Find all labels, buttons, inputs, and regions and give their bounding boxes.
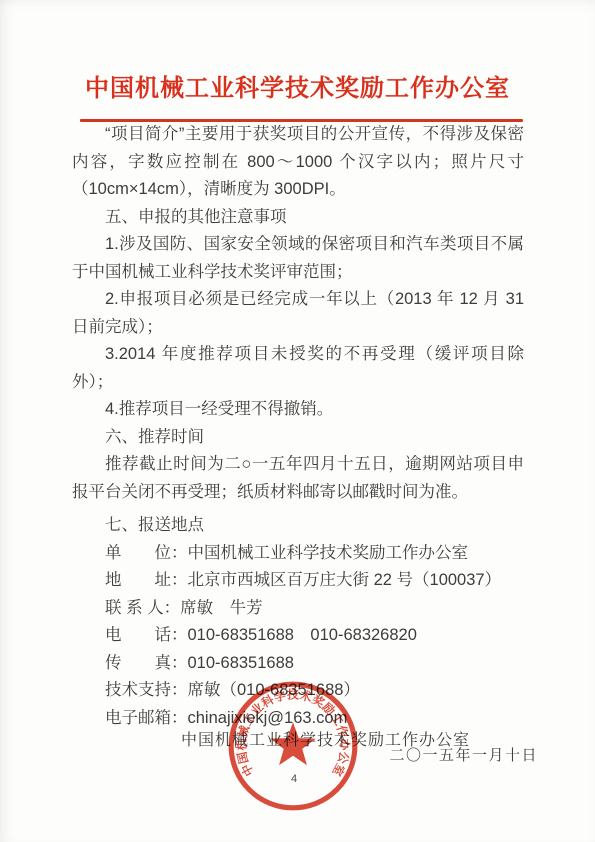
section-5-item-1: 1.涉及国防、国家安全领域的保密项目和汽车类项目不属于中国机械工业科学技术奖评审…	[72, 231, 524, 286]
contact-value: 010-68351688 010-68326820	[188, 626, 417, 644]
document-page: 中国机械工业科学技术奖励工作办公室 “项目简介”主要用于获奖项目的公开宣传，不得…	[0, 0, 595, 842]
section-6-heading: 六、推荐时间	[72, 424, 524, 452]
section-6-text: 推荐截止时间为二○一五年四月十五日，逾期网站项目申报平台关闭不再受理；纸质材料邮…	[72, 451, 524, 506]
section-5-heading: 五、申报的其他注意事项	[72, 204, 524, 232]
contact-label: 电 话：	[105, 626, 188, 644]
contact-line-fax: 传 真：010-68351688	[72, 650, 524, 678]
section-5-item-2: 2.申报项目必须是已经完成一年以上（2013 年 12 月 31 日前完成）；	[72, 286, 524, 341]
section-7-heading: 七、报送地点	[72, 512, 524, 540]
contact-label: 电子邮箱：	[105, 709, 188, 727]
official-seal: 中国机械工业科学技术奖励工作办公室	[226, 679, 360, 813]
contact-line-phone: 电 话：010-68351688 010-68326820	[72, 622, 524, 650]
contact-line-address: 地 址：北京市西城区百万庄大街 22 号（100037）	[72, 567, 524, 595]
document-body: “项目简介”主要用于获奖项目的公开宣传，不得涉及保密内容，字数应控制在 800～…	[72, 121, 524, 732]
contact-value: 010-68351688	[188, 654, 294, 672]
contact-label: 地 址：	[105, 571, 188, 589]
contact-label: 技术支持：	[105, 681, 188, 699]
contact-value: 中国机械工业科学技术奖励工作办公室	[188, 544, 469, 562]
section-5-item-4: 4.推荐项目一经受理不得撤销。	[72, 396, 524, 424]
contact-label: 联 系 人：	[105, 599, 180, 617]
signature-date: 二〇一五年一月十日	[389, 744, 538, 765]
contact-label: 传 真：	[105, 654, 188, 672]
contact-line-person: 联 系 人：席敏 牛芳	[72, 595, 524, 623]
contact-value: 席敏 牛芳	[180, 599, 263, 617]
intro-paragraph: “项目简介”主要用于获奖项目的公开宣传，不得涉及保密内容，字数应控制在 800～…	[72, 121, 524, 204]
contact-label: 单 位：	[105, 544, 188, 562]
seal-star-icon	[270, 722, 315, 765]
contact-value: 北京市西城区百万庄大街 22 号（100037）	[188, 571, 502, 589]
contact-line-unit: 单 位：中国机械工业科学技术奖励工作办公室	[72, 540, 524, 568]
section-5-item-3: 3.2014 年度推荐项目未授奖的不再受理（缓评项目除外）；	[72, 341, 524, 396]
page-title: 中国机械工业科学技术奖励工作办公室	[0, 68, 595, 103]
